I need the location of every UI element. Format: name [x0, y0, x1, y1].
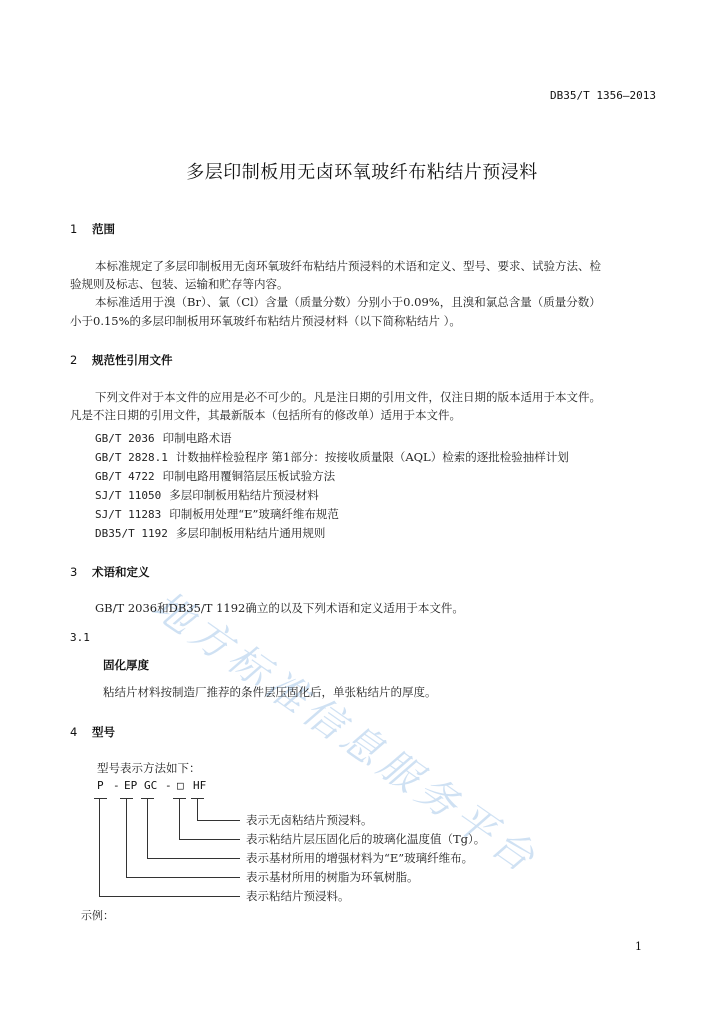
paragraph-line: 本标准适用于溴（Br）、氯（Cl）含量（质量分数）分别小于0.09%，且溴和氯总… — [95, 292, 601, 313]
terms-intro: GB/T 2036和DB35/T 1192确立的以及下列术语和定义适用于本文件。 — [95, 600, 464, 616]
reference-item: DB35/T 1192多层印制板用粘结片通用规则 — [95, 525, 325, 541]
reference-code: DB35/T 1192 — [95, 527, 168, 540]
section-title: 规范性引用文件 — [92, 353, 173, 367]
code-part-gc: GC — [144, 779, 157, 792]
reference-title: 印制电路术语 — [163, 431, 232, 445]
section-title: 型号 — [92, 725, 115, 739]
reference-code: SJ/T 11050 — [95, 489, 161, 502]
bracket-vertical-tg — [179, 798, 180, 839]
standard-code: DB35/T 1356—2013 — [550, 89, 656, 102]
explanation-tg: 表示粘结片层压固化后的玻璃化温度值（Tg）。 — [246, 831, 485, 847]
reference-title: 印制板用处理“E”玻璃纤维布规范 — [169, 507, 339, 521]
leader-hf — [197, 820, 240, 821]
reference-title: 印制电路用覆铜箔层压板试验方法 — [163, 469, 336, 483]
bracket-top-p — [94, 798, 107, 799]
code-part-p: P — [97, 779, 104, 792]
code-part-hf: HF — [193, 779, 206, 792]
section-number: 2 — [70, 353, 92, 367]
leader-tg — [179, 839, 240, 840]
reference-code: GB/T 2828.1 — [95, 451, 168, 464]
section-1-heading: 1范围 — [70, 221, 115, 237]
code-part-tg-box: □ — [177, 779, 184, 792]
code-separator: - — [113, 779, 120, 792]
bracket-vertical-p — [99, 798, 100, 896]
reference-code: GB/T 4722 — [95, 470, 155, 483]
reference-item: GB/T 2036印制电路术语 — [95, 430, 232, 446]
reference-item: GB/T 2828.1计数抽样检验程序 第1部分：按接收质量限（AQL）检索的逐… — [95, 449, 569, 465]
explanation-ep: 表示基材所用的树脂为环氧树脂。 — [246, 869, 419, 885]
reference-code: SJ/T 11283 — [95, 508, 161, 521]
leader-gc — [147, 858, 240, 859]
explanation-hf: 表示无卤粘结片预浸料。 — [246, 812, 373, 828]
reference-title: 多层印制板用粘结片预浸材料 — [169, 488, 319, 502]
section-number: 1 — [70, 222, 92, 236]
code-part-ep: EP — [124, 779, 137, 792]
code-separator: - — [165, 779, 172, 792]
leader-ep — [126, 877, 240, 878]
section-2-heading: 2规范性引用文件 — [70, 352, 173, 368]
section-number: 4 — [70, 725, 92, 739]
reference-title: 多层印制板用粘结片通用规则 — [176, 526, 326, 540]
section-title: 术语和定义 — [92, 565, 150, 579]
term-name: 固化厚度 — [103, 657, 149, 673]
document-title: 多层印制板用无卤环氧玻纤布粘结片预浸料 — [0, 158, 724, 184]
section-4-heading: 4型号 — [70, 724, 115, 740]
section-title: 范围 — [92, 222, 115, 236]
bracket-vertical-hf — [197, 798, 198, 820]
subsection-number: 3.1 — [70, 631, 90, 644]
page-number: 1 — [635, 940, 642, 953]
section-3-heading: 3术语和定义 — [70, 564, 150, 580]
reference-title: 计数抽样检验程序 第1部分：按接收质量限（AQL）检索的逐批检验抽样计划 — [176, 450, 569, 464]
bracket-vertical-gc — [147, 798, 148, 858]
explanation-gc: 表示基材所用的增强材料为“E”玻璃纤维布。 — [246, 850, 473, 866]
explanation-p: 表示粘结片预浸料。 — [246, 888, 350, 904]
reference-code: GB/T 2036 — [95, 432, 155, 445]
reference-item: SJ/T 11283印制板用处理“E”玻璃纤维布规范 — [95, 506, 339, 522]
reference-item: SJ/T 11050多层印制板用粘结片预浸材料 — [95, 487, 319, 503]
model-intro: 型号表示方法如下： — [97, 760, 201, 776]
term-definition: 粘结片材料按制造厂推荐的条件层压固化后，单张粘结片的厚度。 — [103, 684, 437, 700]
example-label: 示例： — [81, 907, 114, 923]
bracket-vertical-ep — [126, 798, 127, 877]
leader-p — [99, 896, 240, 897]
reference-item: GB/T 4722印制电路用覆铜箔层压板试验方法 — [95, 468, 335, 484]
paragraph-line: 凡是不注日期的引用文件，其最新版本（包括所有的修改单）适用于本文件。 — [70, 405, 461, 426]
section-number: 3 — [70, 565, 92, 579]
paragraph-line: 小于0.15%的多层印制板用环氧玻纤布粘结片预浸材料（以下简称粘结片 ）。 — [70, 311, 461, 332]
document-page: 地方标准信息服务平台 DB35/T 1356—2013 多层印制板用无卤环氧玻纤… — [0, 0, 724, 1024]
